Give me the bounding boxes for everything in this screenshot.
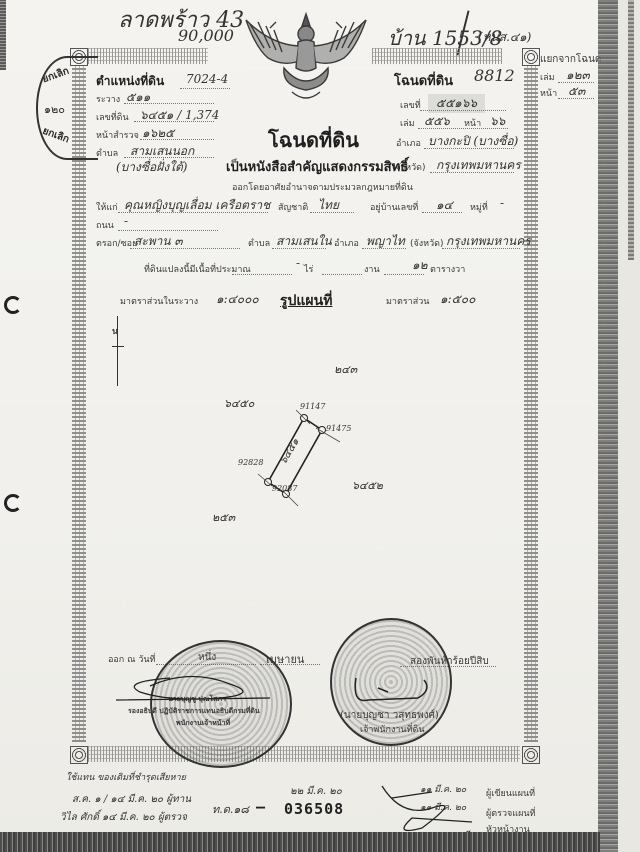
location-label-parcel: เลขที่ดิน (96, 110, 129, 124)
frame-corner-ornament-icon (522, 48, 540, 66)
map-heading: รูปแผนที่ (280, 290, 332, 312)
official-left-role: พนักงานเจ้าหน้าที่ (176, 718, 230, 729)
marker-label-s: 92087 (272, 484, 297, 493)
deed-label-amphoe: อำเภอ (396, 136, 421, 150)
footer-note-writer: ส.ค. ๑ / ๑๔ มี.ค. ๒๐ ผู้ทาน (72, 792, 191, 807)
frame-corner-ornament-icon (70, 746, 88, 764)
rai-label: ไร่ (304, 262, 313, 276)
scan-shadow-bottom (0, 832, 600, 852)
scale-left-label: มาตราส่วนในระวาง (120, 294, 198, 308)
area-rai-value: - (296, 256, 300, 270)
form-code: ท.ด.๑๘ (212, 800, 249, 818)
signature-left (110, 668, 280, 708)
marker-label-ne: 91147 (300, 402, 325, 411)
deed-heading-value: 8812 (474, 66, 515, 85)
road-value: - (124, 214, 128, 228)
frame-border-right (524, 66, 538, 742)
tambon-label: ตำบล (248, 236, 270, 250)
footer-note-replacement: ใช้แทน ของเดิมที่ชำรุดเสียหาย (66, 770, 186, 784)
punch-hole-icon (4, 494, 22, 512)
deed-label-number: เลขที่ (400, 98, 421, 112)
frame-border-left (72, 66, 86, 742)
document-subtitle: เป็นหนังสือสำคัญแสดงกรรมสิทธิ์ (226, 156, 408, 177)
official-right-title: เจ้าพนักงานที่ดิน (360, 722, 424, 736)
punch-hole-icon (4, 296, 22, 314)
signature-footer-right (372, 778, 482, 838)
location-label-sheet: ระวาง (96, 92, 120, 106)
handwritten-price: 90,000 (178, 26, 234, 45)
address-label: อยู่บ้านเลขที่ (370, 200, 418, 214)
handwritten-house-suffix: (หน่ส.๔๑) (478, 28, 531, 47)
serial-dash: — (256, 798, 266, 816)
map-checker-label: ผู้ตรวจแผนที่ (486, 806, 535, 820)
area-wa-value: ๑๒ (412, 256, 428, 275)
frame-border-top-right (372, 48, 502, 64)
deed-label-province: (จังหวัด) (392, 160, 426, 174)
ngan-label: งาน (364, 262, 380, 276)
scanned-document-page: ลาดพร้าว 43 90,000 บ้าน 1553/8 (หน่ส.๔๑)… (0, 0, 606, 852)
road-label: ถนน (96, 218, 114, 232)
scan-shadow-far-right (628, 0, 634, 260)
serial-number: 036508 (284, 800, 344, 818)
grant-to-label: ให้แก่ (96, 200, 118, 214)
neighbor-parcel-sw: ๒๕๓ (212, 508, 235, 526)
marker-label-w: 92828 (238, 458, 263, 467)
map-writer-label: ผู้เขียนแผนที่ (486, 786, 535, 800)
deed-label-volume: เล่ม (400, 116, 415, 130)
signature-right (348, 670, 438, 710)
split-from-volume-label: เล่ม (540, 70, 555, 84)
neighbor-parcel-w: ๖๔๕๐ (224, 394, 254, 412)
scale-right-label: มาตราส่วน (386, 294, 429, 308)
document-title: โฉนดที่ดิน (268, 124, 359, 156)
neighbor-parcel-n: ๒๔๓ (334, 360, 357, 378)
location-value-parcel: ๖๔๕๑ / 1,374 (140, 106, 219, 125)
frame-border-bottom (88, 746, 520, 762)
issued-date-label: ออก ณ วันที่ (108, 652, 155, 666)
frame-border-top-left (88, 48, 208, 64)
north-arrow-crossbar (112, 346, 124, 347)
location-label-survey: หน้าสำรวจ (96, 128, 139, 142)
location-heading-value: 7024-4 (186, 72, 228, 86)
neighbor-parcel-se: ๖๔๕๒ (352, 476, 383, 494)
moo-value: - (500, 196, 504, 210)
scale-left-value: ๑:๔๐๐๐ (216, 290, 259, 309)
scan-shadow-left (0, 0, 6, 70)
location-value-survey: ๑๖๒๕ (142, 124, 174, 143)
split-from-page-label: หน้า (540, 86, 557, 100)
location-label-tambon: ตำบล (96, 146, 118, 160)
moo-label: หมู่ที่ (470, 200, 488, 214)
wa-label: ตารางวา (430, 262, 465, 276)
footer-date-mid: ๒๒ มี.ค. ๒๐ (290, 784, 342, 799)
location-value-tambon-note: (บางซื่อฝั่งใต้) (116, 158, 187, 177)
issued-by-line: ออกโดยอาศัยอำนาจตามประมวลกฎหมายที่ดิน (232, 180, 413, 194)
deed-heading: โฉนดที่ดิน (394, 70, 453, 91)
scale-right-value: ๑:๕๐๐ (440, 290, 475, 309)
scan-shadow-right (598, 0, 618, 852)
split-from-label: แยกจากโฉนด (540, 52, 601, 67)
footer-note-checker: วิไล ศักดิ์ ๑๔ มี.ค. ๒๐ ผู้ตรวจ (60, 810, 187, 825)
garuda-emblem-icon (240, 8, 372, 106)
marker-label-e: 91475 (326, 424, 351, 433)
cancelled-stamp: ยกเลิก ๑๒๐ ยกเลิก (36, 56, 98, 160)
frame-corner-ornament-icon (522, 746, 540, 764)
north-label: น (112, 324, 118, 338)
province-label: (จังหวัด) (410, 236, 444, 250)
official-right-name: (นายบุญชา วสุทธพงศ์) (340, 708, 439, 723)
amphoe-label: อำเภอ (334, 236, 359, 250)
nationality-label: สัญชาติ (278, 200, 308, 214)
location-value-sheet: ๕๑๑ (126, 88, 150, 107)
